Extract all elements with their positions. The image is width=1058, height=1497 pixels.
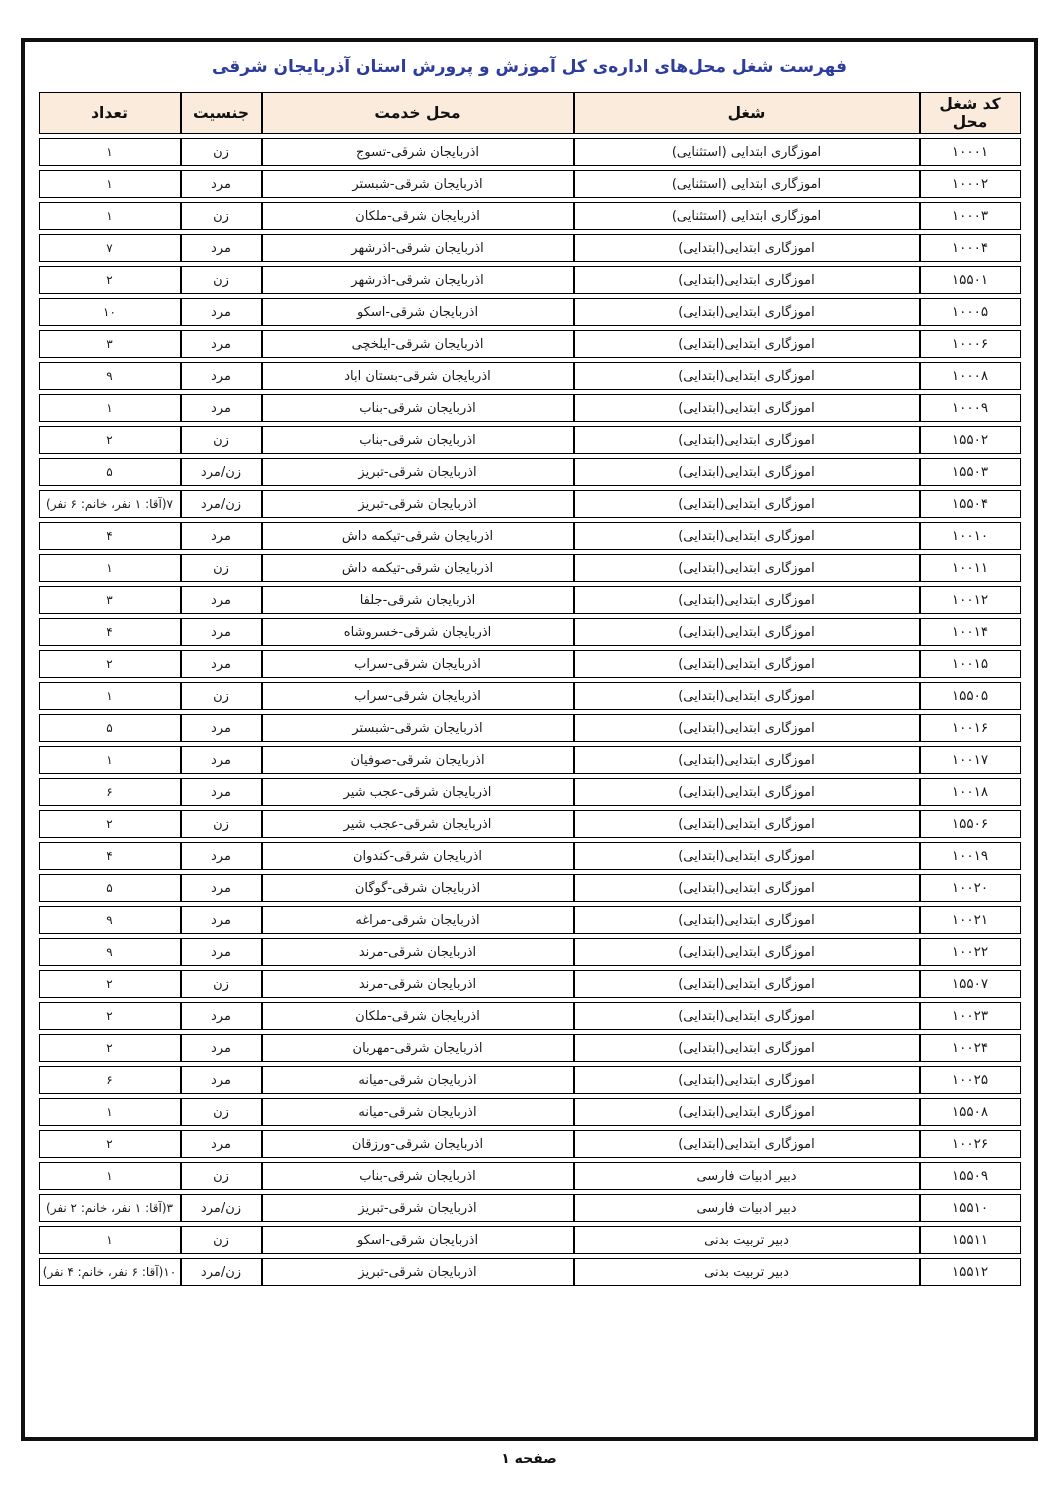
- table-header-row: کد شغل محل شغل محل خدمت جنسیت تعداد: [39, 92, 1021, 134]
- cell-job-code: ۱۰۰۱۷: [920, 746, 1021, 774]
- table-row: ۱۵۵۰۹ دبیر ادبیات فارسی اذربایجان شرقی-ب…: [39, 1162, 1021, 1190]
- cell-service-location: اذربایجان شرقی-تبریز: [262, 490, 574, 518]
- table-row: ۱۰۰۱۴ اموزگاری ابتدایی(ابتدایی) اذربایجا…: [39, 618, 1021, 646]
- cell-job-code: ۱۰۰۱۶: [920, 714, 1021, 742]
- cell-gender: مرد: [181, 1034, 262, 1062]
- cell-gender: مرد: [181, 1066, 262, 1094]
- cell-job-title: اموزگاری ابتدایی(ابتدایی): [574, 1002, 920, 1030]
- cell-service-location: اذربایجان شرقی-عجب شیر: [262, 810, 574, 838]
- table-row: ۱۰۰۲۵ اموزگاری ابتدایی(ابتدایی) اذربایجا…: [39, 1066, 1021, 1094]
- cell-job-title: اموزگاری ابتدایی(ابتدایی): [574, 810, 920, 838]
- table-row: ۱۵۵۰۸ اموزگاری ابتدایی(ابتدایی) اذربایجا…: [39, 1098, 1021, 1126]
- cell-job-title: اموزگاری ابتدایی(ابتدایی): [574, 458, 920, 486]
- cell-gender: مرد: [181, 650, 262, 678]
- cell-count: ۴: [39, 522, 181, 550]
- table-row: ۱۰۰۰۲ اموزگاری ابتدایی (استثنایی) اذربای…: [39, 170, 1021, 198]
- cell-count: ۲: [39, 426, 181, 454]
- cell-service-location: اذربایجان شرقی-سراب: [262, 682, 574, 710]
- cell-job-code: ۱۵۵۰۹: [920, 1162, 1021, 1190]
- cell-gender: مرد: [181, 714, 262, 742]
- cell-job-title: اموزگاری ابتدایی(ابتدایی): [574, 298, 920, 326]
- cell-gender: مرد: [181, 1130, 262, 1158]
- cell-job-code: ۱۰۰۲۰: [920, 874, 1021, 902]
- cell-service-location: اذربایجان شرقی-مراغه: [262, 906, 574, 934]
- cell-job-code: ۱۰۰۰۴: [920, 234, 1021, 262]
- table-row: ۱۰۰۰۵ اموزگاری ابتدایی(ابتدایی) اذربایجا…: [39, 298, 1021, 326]
- cell-gender: زن: [181, 1226, 262, 1254]
- table-row: ۱۰۰۲۶ اموزگاری ابتدایی(ابتدایی) اذربایجا…: [39, 1130, 1021, 1158]
- cell-service-location: اذربایجان شرقی-اسکو: [262, 1226, 574, 1254]
- cell-service-location: اذربایجان شرقی-تبریز: [262, 458, 574, 486]
- cell-job-title: اموزگاری ابتدایی(ابتدایی): [574, 842, 920, 870]
- cell-job-code: ۱۵۵۰۲: [920, 426, 1021, 454]
- cell-gender: زن: [181, 202, 262, 230]
- cell-count: ۱۰: [39, 298, 181, 326]
- cell-job-title: دبیر تربیت بدنی: [574, 1258, 920, 1286]
- cell-service-location: اذربایجان شرقی-بناب: [262, 394, 574, 422]
- cell-gender: مرد: [181, 906, 262, 934]
- cell-service-location: اذربایجان شرقی-تبریز: [262, 1194, 574, 1222]
- cell-service-location: اذربایجان شرقی-اسکو: [262, 298, 574, 326]
- cell-service-location: اذربایجان شرقی-شبستر: [262, 714, 574, 742]
- cell-gender: زن/مرد: [181, 490, 262, 518]
- cell-job-code: ۱۰۰۲۲: [920, 938, 1021, 966]
- cell-service-location: اذربایجان شرقی-صوفیان: [262, 746, 574, 774]
- header-job-code: کد شغل محل: [920, 92, 1021, 134]
- cell-job-title: اموزگاری ابتدایی(ابتدایی): [574, 682, 920, 710]
- cell-count: ۹: [39, 362, 181, 390]
- cell-count: ۵: [39, 714, 181, 742]
- table-row: ۱۰۰۱۷ اموزگاری ابتدایی(ابتدایی) اذربایجا…: [39, 746, 1021, 774]
- cell-job-code: ۱۰۰۰۶: [920, 330, 1021, 358]
- cell-service-location: اذربایجان شرقی-خسروشاه: [262, 618, 574, 646]
- cell-job-code: ۱۵۵۰۱: [920, 266, 1021, 294]
- cell-gender: زن: [181, 1098, 262, 1126]
- header-job-title: شغل: [574, 92, 920, 134]
- cell-job-title: اموزگاری ابتدایی(ابتدایی): [574, 426, 920, 454]
- cell-service-location: اذربایجان شرقی-ملکان: [262, 202, 574, 230]
- header-gender: جنسیت: [181, 92, 262, 134]
- cell-job-title: اموزگاری ابتدایی(ابتدایی): [574, 362, 920, 390]
- cell-service-location: اذربایجان شرقی-تیکمه داش: [262, 554, 574, 582]
- cell-service-location: اذربایجان شرقی-میانه: [262, 1066, 574, 1094]
- table-row: ۱۵۵۱۲ دبیر تربیت بدنی اذربایجان شرقی-تبر…: [39, 1258, 1021, 1286]
- cell-service-location: اذربایجان شرقی-مرند: [262, 970, 574, 998]
- cell-job-title: دبیر ادبیات فارسی: [574, 1194, 920, 1222]
- cell-job-title: اموزگاری ابتدایی(ابتدایی): [574, 234, 920, 262]
- cell-job-code: ۱۵۵۱۲: [920, 1258, 1021, 1286]
- cell-job-title: اموزگاری ابتدایی(ابتدایی): [574, 618, 920, 646]
- cell-count: ۲: [39, 1130, 181, 1158]
- cell-gender: زن/مرد: [181, 1194, 262, 1222]
- cell-gender: زن: [181, 682, 262, 710]
- cell-job-code: ۱۵۵۱۰: [920, 1194, 1021, 1222]
- cell-job-title: اموزگاری ابتدایی(ابتدایی): [574, 650, 920, 678]
- cell-job-title: اموزگاری ابتدایی(ابتدایی): [574, 778, 920, 806]
- cell-gender: مرد: [181, 394, 262, 422]
- cell-gender: زن/مرد: [181, 458, 262, 486]
- cell-service-location: اذربایجان شرقی-میانه: [262, 1098, 574, 1126]
- cell-count: ۱: [39, 682, 181, 710]
- table-row: ۱۵۵۰۲ اموزگاری ابتدایی(ابتدایی) اذربایجا…: [39, 426, 1021, 454]
- page-title: فهرست شغل محل‌های اداره‌ی کل آموزش و پرو…: [25, 42, 1034, 88]
- table-row: ۱۵۵۰۴ اموزگاری ابتدایی(ابتدایی) اذربایجا…: [39, 490, 1021, 518]
- cell-service-location: اذربایجان شرقی-شبستر: [262, 170, 574, 198]
- cell-job-title: اموزگاری ابتدایی(ابتدایی): [574, 586, 920, 614]
- cell-service-location: اذربایجان شرقی-بستان اباد: [262, 362, 574, 390]
- cell-service-location: اذربایجان شرقی-مرند: [262, 938, 574, 966]
- table-row: ۱۰۰۱۰ اموزگاری ابتدایی(ابتدایی) اذربایجا…: [39, 522, 1021, 550]
- cell-count: ۱: [39, 746, 181, 774]
- cell-job-code: ۱۰۰۲۶: [920, 1130, 1021, 1158]
- cell-service-location: اذربایجان شرقی-ملکان: [262, 1002, 574, 1030]
- cell-gender: مرد: [181, 362, 262, 390]
- cell-job-title: دبیر تربیت بدنی: [574, 1226, 920, 1254]
- cell-gender: مرد: [181, 842, 262, 870]
- table-row: ۱۰۰۲۳ اموزگاری ابتدایی(ابتدایی) اذربایجا…: [39, 1002, 1021, 1030]
- table-row: ۱۰۰۲۴ اموزگاری ابتدایی(ابتدایی) اذربایجا…: [39, 1034, 1021, 1062]
- cell-count: ۲: [39, 1002, 181, 1030]
- cell-service-location: اذربایجان شرقی-کندوان: [262, 842, 574, 870]
- cell-count: ۶: [39, 778, 181, 806]
- cell-service-location: اذربایجان شرقی-اذرشهر: [262, 234, 574, 262]
- cell-count: ۹: [39, 938, 181, 966]
- table-row: ۱۰۰۰۱ اموزگاری ابتدایی (استثنایی) اذربای…: [39, 138, 1021, 166]
- table-row: ۱۵۵۰۷ اموزگاری ابتدایی(ابتدایی) اذربایجا…: [39, 970, 1021, 998]
- cell-gender: مرد: [181, 1002, 262, 1030]
- cell-count: ۳: [39, 586, 181, 614]
- cell-job-code: ۱۰۰۲۳: [920, 1002, 1021, 1030]
- cell-gender: مرد: [181, 234, 262, 262]
- table-row: ۱۰۰۲۱ اموزگاری ابتدایی(ابتدایی) اذربایجا…: [39, 906, 1021, 934]
- cell-job-title: اموزگاری ابتدایی(ابتدایی): [574, 1098, 920, 1126]
- cell-service-location: اذربایجان شرقی-اذرشهر: [262, 266, 574, 294]
- cell-service-location: اذربایجان شرقی-مهربان: [262, 1034, 574, 1062]
- cell-job-title: اموزگاری ابتدایی(ابتدایی): [574, 522, 920, 550]
- table-row: ۱۵۵۰۱ اموزگاری ابتدایی(ابتدایی) اذربایجا…: [39, 266, 1021, 294]
- cell-job-code: ۱۵۵۱۱: [920, 1226, 1021, 1254]
- table-row: ۱۰۰۱۵ اموزگاری ابتدایی(ابتدایی) اذربایجا…: [39, 650, 1021, 678]
- table-row: ۱۰۰۰۶ اموزگاری ابتدایی(ابتدایی) اذربایجا…: [39, 330, 1021, 358]
- cell-gender: زن: [181, 138, 262, 166]
- cell-count: ۲: [39, 266, 181, 294]
- cell-count: ۲: [39, 1034, 181, 1062]
- cell-job-code: ۱۵۵۰۷: [920, 970, 1021, 998]
- cell-job-title: اموزگاری ابتدایی(ابتدایی): [574, 906, 920, 934]
- cell-job-code: ۱۰۰۱۴: [920, 618, 1021, 646]
- cell-gender: زن: [181, 1162, 262, 1190]
- cell-count: ۱: [39, 394, 181, 422]
- table-row: ۱۰۰۱۲ اموزگاری ابتدایی(ابتدایی) اذربایجا…: [39, 586, 1021, 614]
- cell-gender: زن: [181, 810, 262, 838]
- cell-service-location: اذربایجان شرقی-سراب: [262, 650, 574, 678]
- cell-job-title: اموزگاری ابتدایی(ابتدایی): [574, 714, 920, 742]
- cell-job-code: ۱۰۰۱۵: [920, 650, 1021, 678]
- cell-job-code: ۱۰۰۱۰: [920, 522, 1021, 550]
- cell-gender: مرد: [181, 618, 262, 646]
- cell-gender: مرد: [181, 298, 262, 326]
- cell-count: ۶: [39, 1066, 181, 1094]
- cell-service-location: اذربایجان شرقی-بناب: [262, 426, 574, 454]
- cell-gender: زن: [181, 426, 262, 454]
- job-positions-table: کد شغل محل شغل محل خدمت جنسیت تعداد ۱۰۰۰…: [39, 88, 1021, 1290]
- page-number: صفحه ۱: [0, 1451, 1058, 1467]
- table-row: ۱۰۰۰۸ اموزگاری ابتدایی(ابتدایی) اذربایجا…: [39, 362, 1021, 390]
- table-row: ۱۰۰۲۰ اموزگاری ابتدایی(ابتدایی) اذربایجا…: [39, 874, 1021, 902]
- header-service-location: محل خدمت: [262, 92, 574, 134]
- cell-job-code: ۱۵۵۰۳: [920, 458, 1021, 486]
- table-row: ۱۵۵۱۰ دبیر ادبیات فارسی اذربایجان شرقی-ت…: [39, 1194, 1021, 1222]
- cell-job-title: اموزگاری ابتدایی(ابتدایی): [574, 938, 920, 966]
- cell-job-title: اموزگاری ابتدایی(ابتدایی): [574, 746, 920, 774]
- cell-gender: مرد: [181, 586, 262, 614]
- cell-count: ۹: [39, 906, 181, 934]
- cell-count: ۱: [39, 170, 181, 198]
- cell-job-code: ۱۰۰۱۸: [920, 778, 1021, 806]
- cell-service-location: اذربایجان شرقی-گوگان: [262, 874, 574, 902]
- cell-job-title: اموزگاری ابتدایی(ابتدایی): [574, 1066, 920, 1094]
- cell-gender: مرد: [181, 938, 262, 966]
- cell-gender: مرد: [181, 330, 262, 358]
- cell-job-code: ۱۵۵۰۵: [920, 682, 1021, 710]
- cell-gender: مرد: [181, 874, 262, 902]
- header-count: تعداد: [39, 92, 181, 134]
- cell-count: ۱: [39, 1162, 181, 1190]
- cell-count: ۱: [39, 202, 181, 230]
- cell-job-code: ۱۰۰۰۸: [920, 362, 1021, 390]
- cell-job-title: اموزگاری ابتدایی(ابتدایی): [574, 1034, 920, 1062]
- cell-service-location: اذربایجان شرقی-تسوج: [262, 138, 574, 166]
- cell-job-code: ۱۰۰۰۹: [920, 394, 1021, 422]
- cell-count: ۳: [39, 330, 181, 358]
- cell-job-code: ۱۰۰۱۹: [920, 842, 1021, 870]
- table-row: ۱۵۵۰۶ اموزگاری ابتدایی(ابتدایی) اذربایجا…: [39, 810, 1021, 838]
- cell-service-location: اذربایجان شرقی-ایلخچی: [262, 330, 574, 358]
- cell-job-title: اموزگاری ابتدایی(ابتدایی): [574, 970, 920, 998]
- cell-gender: زن: [181, 554, 262, 582]
- cell-job-title: اموزگاری ابتدایی(ابتدایی): [574, 394, 920, 422]
- cell-job-code: ۱۰۰۲۴: [920, 1034, 1021, 1062]
- cell-service-location: اذربایجان شرقی-جلفا: [262, 586, 574, 614]
- cell-job-title: اموزگاری ابتدایی(ابتدایی): [574, 330, 920, 358]
- cell-job-title: اموزگاری ابتدایی(ابتدایی): [574, 490, 920, 518]
- cell-job-title: اموزگاری ابتدایی (استثنایی): [574, 138, 920, 166]
- cell-job-code: ۱۰۰۰۲: [920, 170, 1021, 198]
- cell-service-location: اذربایجان شرقی-بناب: [262, 1162, 574, 1190]
- cell-job-code: ۱۵۵۰۶: [920, 810, 1021, 838]
- cell-job-code: ۱۰۰۰۵: [920, 298, 1021, 326]
- cell-job-code: ۱۰۰۲۱: [920, 906, 1021, 934]
- cell-service-location: اذربایجان شرقی-تبریز: [262, 1258, 574, 1286]
- cell-count: ۲: [39, 810, 181, 838]
- cell-job-code: ۱۵۵۰۸: [920, 1098, 1021, 1126]
- cell-job-code: ۱۰۰۱۱: [920, 554, 1021, 582]
- cell-job-title: اموزگاری ابتدایی(ابتدایی): [574, 554, 920, 582]
- table-row: ۱۰۰۱۹ اموزگاری ابتدایی(ابتدایی) اذربایجا…: [39, 842, 1021, 870]
- cell-job-code: ۱۰۰۰۳: [920, 202, 1021, 230]
- cell-count: ۱: [39, 1226, 181, 1254]
- cell-job-code: ۱۰۰۰۱: [920, 138, 1021, 166]
- cell-count: ۱۰(آقا: ۶ نفر، خانم: ۴ نفر): [39, 1258, 181, 1286]
- cell-gender: مرد: [181, 522, 262, 550]
- table-row: ۱۰۰۰۳ اموزگاری ابتدایی (استثنایی) اذربای…: [39, 202, 1021, 230]
- table-row: ۱۰۰۱۱ اموزگاری ابتدایی(ابتدایی) اذربایجا…: [39, 554, 1021, 582]
- cell-job-title: اموزگاری ابتدایی (استثنایی): [574, 170, 920, 198]
- cell-count: ۴: [39, 842, 181, 870]
- cell-count: ۱: [39, 1098, 181, 1126]
- table-row: ۱۰۰۱۸ اموزگاری ابتدایی(ابتدایی) اذربایجا…: [39, 778, 1021, 806]
- cell-service-location: اذربایجان شرقی-ورزقان: [262, 1130, 574, 1158]
- cell-gender: مرد: [181, 746, 262, 774]
- cell-job-title: دبیر ادبیات فارسی: [574, 1162, 920, 1190]
- cell-job-code: ۱۵۵۰۴: [920, 490, 1021, 518]
- cell-job-code: ۱۰۰۲۵: [920, 1066, 1021, 1094]
- cell-count: ۵: [39, 458, 181, 486]
- cell-count: ۷(آقا: ۱ نفر، خانم: ۶ نفر): [39, 490, 181, 518]
- cell-job-title: اموزگاری ابتدایی (استثنایی): [574, 202, 920, 230]
- cell-count: ۲: [39, 650, 181, 678]
- cell-gender: زن/مرد: [181, 1258, 262, 1286]
- cell-gender: مرد: [181, 778, 262, 806]
- cell-job-title: اموزگاری ابتدایی(ابتدایی): [574, 266, 920, 294]
- cell-job-title: اموزگاری ابتدایی(ابتدایی): [574, 1130, 920, 1158]
- cell-service-location: اذربایجان شرقی-تیکمه داش: [262, 522, 574, 550]
- cell-count: ۷: [39, 234, 181, 262]
- table-row: ۱۰۰۲۲ اموزگاری ابتدایی(ابتدایی) اذربایجا…: [39, 938, 1021, 966]
- cell-count: ۱: [39, 138, 181, 166]
- cell-count: ۱: [39, 554, 181, 582]
- cell-job-title: اموزگاری ابتدایی(ابتدایی): [574, 874, 920, 902]
- table-row: ۱۵۵۱۱ دبیر تربیت بدنی اذربایجان شرقی-اسک…: [39, 1226, 1021, 1254]
- cell-count: ۳(آقا: ۱ نفر، خانم: ۲ نفر): [39, 1194, 181, 1222]
- page-frame: فهرست شغل محل‌های اداره‌ی کل آموزش و پرو…: [21, 38, 1038, 1441]
- cell-job-code: ۱۰۰۱۲: [920, 586, 1021, 614]
- table-row: ۱۰۰۰۹ اموزگاری ابتدایی(ابتدایی) اذربایجا…: [39, 394, 1021, 422]
- cell-service-location: اذربایجان شرقی-عجب شیر: [262, 778, 574, 806]
- table-body: ۱۰۰۰۱ اموزگاری ابتدایی (استثنایی) اذربای…: [39, 138, 1021, 1286]
- cell-gender: زن: [181, 970, 262, 998]
- cell-gender: زن: [181, 266, 262, 294]
- table-row: ۱۰۰۱۶ اموزگاری ابتدایی(ابتدایی) اذربایجا…: [39, 714, 1021, 742]
- table-row: ۱۵۵۰۳ اموزگاری ابتدایی(ابتدایی) اذربایجا…: [39, 458, 1021, 486]
- table-row: ۱۰۰۰۴ اموزگاری ابتدایی(ابتدایی) اذربایجا…: [39, 234, 1021, 262]
- cell-count: ۵: [39, 874, 181, 902]
- cell-count: ۲: [39, 970, 181, 998]
- cell-gender: مرد: [181, 170, 262, 198]
- cell-count: ۴: [39, 618, 181, 646]
- table-row: ۱۵۵۰۵ اموزگاری ابتدایی(ابتدایی) اذربایجا…: [39, 682, 1021, 710]
